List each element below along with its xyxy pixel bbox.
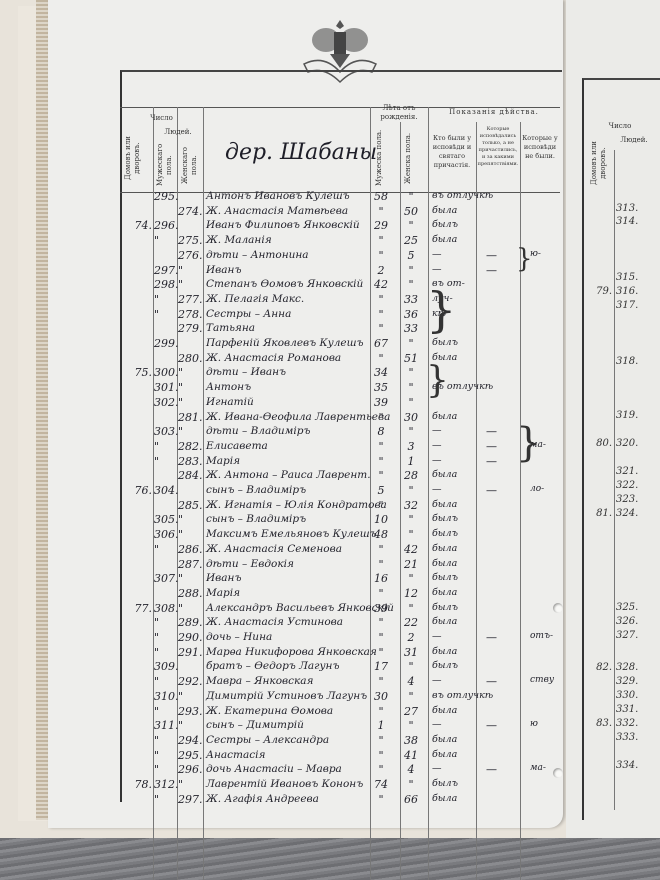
cell-age-f: " [400, 366, 422, 379]
table-row: "292.Мавра – Янковская"4——ству [120, 675, 560, 690]
cell-f: 280. [178, 352, 204, 365]
cell-m: " [154, 308, 176, 321]
cell-m: " [154, 293, 176, 306]
cell-f: " [178, 425, 204, 438]
cell-m: 298. [154, 278, 176, 291]
next-page-frame [582, 78, 660, 820]
header-male: Мужескаго пола. [156, 140, 174, 190]
cell-name: Ж. Анастасія Семенова [206, 543, 366, 555]
cell-age-m: 35 [370, 381, 392, 394]
cell-m: " [154, 440, 176, 453]
cell-conf: — [432, 484, 482, 495]
cell-f: 283. [178, 455, 204, 468]
cell-conf: была [432, 469, 482, 480]
table-row: "286.Ж. Анастасія Семенова"42была [120, 543, 560, 558]
cell-age-m: 16 [370, 572, 392, 585]
cell-name: Игнатій [206, 396, 366, 408]
table-row: 78.312."Лаврентій Ивановъ Кононъ74"былъ [120, 778, 560, 793]
cell-age-f: " [400, 572, 422, 585]
cell-m: " [154, 675, 176, 688]
cell-conf: — [432, 249, 482, 260]
table-row: 274.Ж. Анастасія Матвѣева"50была [120, 205, 560, 220]
cell-conf: — [432, 719, 482, 730]
cell-age-f: 32 [400, 499, 422, 512]
cell-f: 292. [178, 675, 204, 688]
header-not-confessed: Которые у исповѣди не были. [521, 134, 559, 161]
cell-name: Ж. Игнатія – Юлія Кондратова [206, 499, 366, 511]
cell-age-f: " [400, 425, 422, 438]
cell-name: Ж. Анастасія Матвѣева [206, 205, 366, 217]
cell-name: Димитрій Устиновъ Лагунъ [206, 690, 366, 702]
cell-age-f: 2 [400, 631, 422, 644]
cell-age-m: 5 [370, 484, 392, 497]
cell-name: Антонъ Ивановъ Кулешъ [206, 190, 366, 202]
binding-hole [553, 603, 563, 613]
column-divider [614, 150, 615, 810]
cell-age-f: 4 [400, 763, 422, 776]
cell-f: " [178, 690, 204, 703]
cell-conf: — [432, 455, 482, 466]
cell-conf: былъ [432, 528, 482, 539]
table-row: 276.дѣти – Антонина"5——ю- [120, 249, 560, 264]
cell-conf: — [432, 425, 482, 436]
cell-name: Марія [206, 587, 366, 599]
cell-f: 295. [178, 749, 204, 762]
cell-conf: была [432, 411, 482, 422]
cell-age-f: 4 [400, 675, 422, 688]
cell-house: 77. [122, 602, 152, 615]
table-row: 281.Ж. Ивана-Өеофила Лаврентьева"30была [120, 411, 560, 426]
cell-f: 289. [178, 616, 204, 629]
cell-age-m: " [370, 675, 392, 688]
cell-f: 278. [178, 308, 204, 321]
header-households: Домовъ или дворовъ. [124, 128, 150, 188]
table-row: 74.296.Иванъ Филиповъ Янковскій29"былъ [120, 219, 560, 234]
table-row: "294.Сестры – Александра"38была [120, 734, 560, 749]
cell-age-f: 66 [400, 793, 422, 806]
cell-m: 311. [154, 719, 176, 732]
cell-nc: — [486, 675, 526, 688]
cell-age-m: " [370, 455, 392, 468]
cell-name: Ж. Антона – Раиса Лаврент. [206, 469, 366, 481]
cell-m: 301. [154, 381, 176, 394]
table-row: "282.Елисавета"3——ма- [120, 440, 560, 455]
table-row: "293.Ж. Екатерина Өомова"27была [120, 705, 560, 720]
cell-conf: была [432, 705, 482, 716]
cell-age-m: " [370, 411, 392, 424]
cell-conf: была [432, 734, 482, 745]
cell-f: " [178, 278, 204, 291]
cell-name: Ж. Ивана-Өеофила Лаврентьева [206, 411, 366, 423]
cell-age-m: 34 [370, 366, 392, 379]
cell-f: " [178, 396, 204, 409]
cell-age-m: " [370, 322, 392, 335]
cell-name: Ж. Пелагія Макс. [206, 293, 366, 305]
cell-conf: въ отлучкѣ [432, 190, 482, 201]
cell-note: ло- [530, 484, 558, 494]
cell-name: дѣти – Иванъ [206, 366, 366, 378]
cell-name: Мавра – Янковская [206, 675, 366, 687]
cell-age-f: " [400, 190, 422, 203]
table-row: "278.Сестры – Анна"36кѣ [120, 308, 560, 323]
cell-m: " [154, 763, 176, 776]
cell-name: сынъ – Владиміръ [206, 484, 366, 496]
cell-age-f: " [400, 660, 422, 673]
cell-age-f: 33 [400, 293, 422, 306]
table-row: "297.Ж. Агафія Андреева"66была [120, 793, 560, 808]
cell-age-f: " [400, 278, 422, 291]
cell-conf: былъ [432, 660, 482, 671]
cell-name: дѣти – Евдокія [206, 558, 366, 570]
cell-m: 300. [154, 366, 176, 379]
cell-name: Иванъ Филиповъ Янковскій [206, 219, 366, 231]
cell-m: " [154, 793, 176, 806]
village-heading: дер. Шабаны [225, 140, 377, 165]
cell-age-f: 12 [400, 587, 422, 600]
cell-age-f: " [400, 381, 422, 394]
cell-f: " [178, 381, 204, 394]
cell-f: 285. [178, 499, 204, 512]
cell-age-f: 51 [400, 352, 422, 365]
cell-age-f: 22 [400, 616, 422, 629]
cell-age-f: " [400, 778, 422, 791]
cell-conf: была [432, 646, 482, 657]
cell-name: Ж. Агафія Андреева [206, 793, 366, 805]
cell-age-m: " [370, 308, 392, 321]
cell-m: 303. [154, 425, 176, 438]
cell-m: 299. [154, 337, 176, 350]
table-surface [0, 838, 660, 880]
table-row: "275.Ж. Маланія"25была [120, 234, 560, 249]
cell-age-m: " [370, 749, 392, 762]
table-row: 285.Ж. Игнатія – Юлія Кондратова"32была [120, 499, 560, 514]
cell-f: 274. [178, 205, 204, 218]
cell-name: Ж. Маланія [206, 234, 366, 246]
cell-age-f: " [400, 264, 422, 277]
table-row: 299.Парфеній Яковлевъ Кулешъ67"былъ [120, 337, 560, 352]
cell-age-f: " [400, 528, 422, 541]
cell-f: 294. [178, 734, 204, 747]
cell-age-m: " [370, 616, 392, 629]
cell-age-m: " [370, 793, 392, 806]
cell-m: 305. [154, 513, 176, 526]
cell-name: дѣти – Владиміръ [206, 425, 366, 437]
binding-hole [553, 768, 563, 778]
cell-age-m: " [370, 631, 392, 644]
cell-name: сынъ – Владиміръ [206, 513, 366, 525]
cell-name: Ж. Анастасія Устинова [206, 616, 366, 628]
cell-f: " [178, 572, 204, 585]
table-row: 288.Марія"12была [120, 587, 560, 602]
book-binding-edge [36, 0, 48, 820]
table-row: 75.300."дѣти – Иванъ34" [120, 366, 560, 381]
cell-f: 293. [178, 705, 204, 718]
table-row: 295.Антонъ Ивановъ Кулешъ58"въ отлучкѣ [120, 190, 560, 205]
cell-m: " [154, 631, 176, 644]
cell-f: " [178, 366, 204, 379]
cell-age-m: 67 [370, 337, 392, 350]
cell-f: 287. [178, 558, 204, 571]
cell-conf: — [432, 631, 482, 642]
cell-conf: былъ [432, 219, 482, 230]
cell-conf: въ отлучкѣ [432, 690, 482, 701]
cell-age-f: 33 [400, 322, 422, 335]
cell-age-m: " [370, 440, 392, 453]
cell-age-f: 3 [400, 440, 422, 453]
cell-age-m: 2 [370, 264, 392, 277]
cell-nc: — [486, 631, 526, 644]
cell-m: 302. [154, 396, 176, 409]
table-row: 310."Димитрій Устиновъ Лагунъ30"въ отлуч… [120, 690, 560, 705]
cell-name: Елисавета [206, 440, 366, 452]
cell-conf: былъ [432, 337, 482, 348]
cell-conf: — [432, 675, 482, 686]
cell-age-f: 41 [400, 749, 422, 762]
cell-conf: была [432, 205, 482, 216]
cell-m: 306. [154, 528, 176, 541]
cell-f: " [178, 513, 204, 526]
cell-name: Марія [206, 455, 366, 467]
cell-conf: была [432, 749, 482, 760]
cell-m: 309. [154, 660, 176, 673]
table-row: 309.братъ – Өедоръ Лагунъ17"былъ [120, 660, 560, 675]
cell-m: 308. [154, 602, 176, 615]
cell-f: 276. [178, 249, 204, 262]
cell-age-f: " [400, 690, 422, 703]
cell-age-m: " [370, 587, 392, 600]
header-age-male: Мужеска пола. [375, 128, 395, 188]
cell-age-m: " [370, 763, 392, 776]
cell-house: 76. [122, 484, 152, 497]
cell-age-m: 42 [370, 278, 392, 291]
cell-m: " [154, 749, 176, 762]
cell-age-m: " [370, 469, 392, 482]
cell-name: дѣти – Антонина [206, 249, 366, 261]
brace: } [516, 420, 541, 466]
cell-conf: былъ [432, 513, 482, 524]
cell-conf: — [432, 264, 482, 275]
table-row: 297."Иванъ2"—— [120, 264, 560, 279]
cell-age-f: " [400, 513, 422, 526]
cell-name: сынъ – Димитрій [206, 719, 366, 731]
cell-age-f: 5 [400, 249, 422, 262]
table-row: 311."сынъ – Димитрій1"——ю [120, 719, 560, 734]
cell-m: " [154, 734, 176, 747]
cell-age-m: " [370, 734, 392, 747]
cell-conf: — [432, 763, 482, 774]
cell-age-f: 50 [400, 205, 422, 218]
cell-age-m: 74 [370, 778, 392, 791]
cell-conf: былъ [432, 778, 482, 789]
cell-f: 284. [178, 469, 204, 482]
cell-age-m: " [370, 646, 392, 659]
brace: } [426, 282, 457, 338]
table-row: 76.304.сынъ – Владиміръ5"——ло- [120, 484, 560, 499]
cell-age-m: " [370, 249, 392, 262]
cell-age-m: " [370, 543, 392, 556]
cell-m: " [154, 705, 176, 718]
cell-house: 74. [122, 219, 152, 232]
brace: } [516, 244, 533, 274]
cell-age-m: " [370, 705, 392, 718]
cell-m: 312. [154, 778, 176, 791]
cell-age-f: 30 [400, 411, 422, 424]
cell-age-m: 17 [370, 660, 392, 673]
cell-conf: — [432, 440, 482, 451]
cell-name: братъ – Өедоръ Лагунъ [206, 660, 366, 672]
cell-name: Александръ Васильевъ Янковскій [206, 602, 366, 614]
cell-name: Ж. Анастасія Романова [206, 352, 366, 364]
cell-conf: была [432, 499, 482, 510]
table-row: "295.Анастасія"41была [120, 749, 560, 764]
cell-name: Ж. Екатерина Өомова [206, 705, 366, 717]
cell-f: " [178, 778, 204, 791]
cell-name: Татьяна [206, 322, 366, 334]
cell-age-m: 39 [370, 396, 392, 409]
table-row: 284.Ж. Антона – Раиса Лаврент."28была [120, 469, 560, 484]
cell-f: 290. [178, 631, 204, 644]
cell-age-f: " [400, 719, 422, 732]
cell-m: " [154, 455, 176, 468]
cell-age-f: " [400, 396, 422, 409]
table-row: 307."Иванъ16"былъ [120, 572, 560, 587]
cell-m: 304. [154, 484, 176, 497]
header-status: Показанія дѣйства. [428, 108, 560, 117]
cell-note: ю- [530, 249, 558, 259]
cell-age-f: " [400, 602, 422, 615]
cell-name: Анастасія [206, 749, 366, 761]
header-age-female: Женска пола. [404, 128, 424, 188]
table-row: "296.дочь Анастасіи – Мавра"4——ма- [120, 763, 560, 778]
cell-age-f: 28 [400, 469, 422, 482]
table-row: 306."Максимъ Емельяновъ Кулешъ48"былъ [120, 528, 560, 543]
cell-age-m: 10 [370, 513, 392, 526]
table-row: 302."Игнатій39" [120, 396, 560, 411]
cell-name: Сестры – Анна [206, 308, 366, 320]
cell-age-f: 1 [400, 455, 422, 468]
cell-nc: — [486, 719, 526, 732]
cell-name: Иванъ [206, 264, 366, 276]
table-row: "291.Марѳа Никифорова Янковская"31была [120, 646, 560, 661]
cell-f: 286. [178, 543, 204, 556]
cell-m: 295. [154, 190, 176, 203]
cell-f: 288. [178, 587, 204, 600]
cell-age-m: 39 [370, 602, 392, 615]
cell-f: 275. [178, 234, 204, 247]
brace: } [426, 360, 449, 401]
cell-age-m: " [370, 352, 392, 365]
cell-age-m: " [370, 234, 392, 247]
cell-conf: была [432, 616, 482, 627]
cell-age-m: " [370, 293, 392, 306]
cell-house: 78. [122, 778, 152, 791]
cell-conf: была [432, 587, 482, 598]
header-confessed: Кто были у исповѣди и святаго причастія. [430, 134, 474, 170]
cell-name: дочь – Нина [206, 631, 366, 643]
cell-name: Иванъ [206, 572, 366, 584]
table-row: 287.дѣти – Евдокія"21была [120, 558, 560, 573]
cell-m: 310. [154, 690, 176, 703]
cell-f: " [178, 719, 204, 732]
table-row: 77.308."Александръ Васильевъ Янковскій39… [120, 602, 560, 617]
cell-age-f: 38 [400, 734, 422, 747]
cell-note: ю [530, 719, 558, 729]
cell-age-f: " [400, 484, 422, 497]
cell-conf: была [432, 793, 482, 804]
cell-name: Лаврентій Ивановъ Кононъ [206, 778, 366, 790]
cell-m: 297. [154, 264, 176, 277]
cell-m: " [154, 543, 176, 556]
cell-f: 282. [178, 440, 204, 453]
cell-m: " [154, 234, 176, 247]
header-number: Число [120, 114, 203, 123]
cell-name: Антонъ [206, 381, 366, 393]
table-row: "277.Ж. Пелагія Макс."33луч- [120, 293, 560, 308]
cell-f: 279. [178, 322, 204, 335]
cell-age-f: 21 [400, 558, 422, 571]
table-row: 305."сынъ – Владиміръ10"былъ [120, 513, 560, 528]
cell-conf: былъ [432, 572, 482, 583]
cell-age-m: " [370, 205, 392, 218]
cell-age-f: " [400, 219, 422, 232]
cell-name: Парфеній Яковлевъ Кулешъ [206, 337, 366, 349]
cell-name: Сестры – Александра [206, 734, 366, 746]
table-row: 301."Антонъ35"въ отлучкѣ [120, 381, 560, 396]
cell-f: " [178, 602, 204, 615]
cell-conf: была [432, 558, 482, 569]
cell-m: " [154, 646, 176, 659]
table-row: 298."Степанъ Өомовъ Янковскій42"въ от- [120, 278, 560, 293]
cell-age-m: 48 [370, 528, 392, 541]
cell-name: Максимъ Емельяновъ Кулешъ [206, 528, 366, 540]
cell-age-m: 8 [370, 425, 392, 438]
cell-age-m: " [370, 499, 392, 512]
cell-f: 291. [178, 646, 204, 659]
table-row: "290.дочь – Нина"2——отъ- [120, 631, 560, 646]
header-people: Людей. [153, 128, 203, 137]
cell-note: отъ- [530, 631, 558, 641]
cell-age-m: 30 [370, 690, 392, 703]
cell-m: " [154, 616, 176, 629]
cell-age-f: 25 [400, 234, 422, 247]
cell-m: 307. [154, 572, 176, 585]
cell-f: 277. [178, 293, 204, 306]
table-row: 279.Татьяна"33 [120, 322, 560, 337]
cell-conf: была [432, 234, 482, 245]
header-age: Лѣта отъ рожденія. [370, 104, 428, 122]
cell-age-m: 1 [370, 719, 392, 732]
cell-nc: — [486, 763, 526, 776]
cell-age-m: 58 [370, 190, 392, 203]
cell-name: Степанъ Өомовъ Янковскій [206, 278, 366, 290]
cell-m: 296. [154, 219, 176, 232]
table-row: "289.Ж. Анастасія Устинова"22была [120, 616, 560, 631]
cell-nc: — [486, 484, 526, 497]
cell-age-f: " [400, 337, 422, 350]
header-female: Женскаго пола. [181, 140, 199, 190]
cell-note: ству [530, 675, 558, 685]
cell-f: " [178, 528, 204, 541]
cell-f: " [178, 264, 204, 277]
cell-conf: былъ [432, 602, 482, 613]
table-row: 280.Ж. Анастасія Романова"51была [120, 352, 560, 367]
cell-age-m: " [370, 558, 392, 571]
cell-f: 296. [178, 763, 204, 776]
cell-name: Марѳа Никифорова Янковская [206, 646, 366, 658]
cell-age-f: 42 [400, 543, 422, 556]
table-row: "283.Марія"1—— [120, 455, 560, 470]
cell-f: 281. [178, 411, 204, 424]
